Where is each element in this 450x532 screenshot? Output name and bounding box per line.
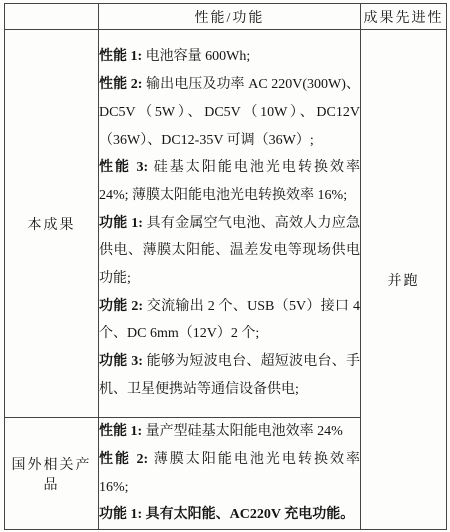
spec-item: 功能 1: 具有金属空气电池、高效人力应急供电、薄膜太阳能、温差发电等现场供电功… [99,210,360,293]
spec-item: 性能 2: 薄膜太阳能电池光电转换效率 16%; [99,446,360,501]
advancement-value: 并跑 [361,30,447,530]
spec-label: 性能 3: [99,160,148,175]
this-achievement-content: 性能 1: 电池容量 600Wh; 性能 2: 输出电压及功率 AC 220V(… [99,30,361,418]
spec-label: 功能 2: [99,299,143,314]
spec-text: 量产型硅基太阳能电池效率 24% [146,424,343,439]
spec-item: 功能 3: 能够为短波电台、超短波电台、手机、卫星便携站等通信设备供电; [99,348,360,403]
category-foreign-products: 国外相关产品 [5,418,99,530]
spec-label: 功能 3: [99,354,143,369]
spec-label: 功能 1: [99,507,142,522]
category-this-achievement: 本成果 [5,30,99,418]
header-advancement: 成果先进性 [361,4,447,30]
header-corner-cell [5,4,99,30]
spec-label: 性能 1: [99,424,142,439]
spec-item: 性能 3: 硅基太阳能电池光电转换效率 24%; 薄膜太阳能电池光电转换效率 1… [99,154,360,209]
spec-item: 性能 1: 电池容量 600Wh; [99,43,360,71]
spec-item: 功能 1: 具有太阳能、AC220V 充电功能。 [99,501,360,529]
document-page: 性能/功能 成果先进性 本成果 性能 1: 电池容量 600Wh; 性能 2: … [0,0,450,532]
foreign-products-content: 性能 1: 量产型硅基太阳能电池效率 24% 性能 2: 薄膜太阳能电池光电转换… [99,418,361,530]
spec-label: 性能 1: [99,49,142,64]
table-row-this-achievement: 本成果 性能 1: 电池容量 600Wh; 性能 2: 输出电压及功率 AC 2… [5,30,447,418]
spec-text: 具有太阳能、AC220V 充电功能。 [146,507,355,522]
header-performance-function: 性能/功能 [99,4,361,30]
spec-label: 功能 1: [99,216,143,231]
comparison-table: 性能/功能 成果先进性 本成果 性能 1: 电池容量 600Wh; 性能 2: … [4,3,447,530]
spec-text: 电池容量 600Wh; [146,49,251,64]
spec-label: 性能 2: [99,452,148,467]
table-header-row: 性能/功能 成果先进性 [5,4,447,30]
spec-item: 性能 2: 输出电压及功率 AC 220V(300W)、DC5V（5W）、DC5… [99,71,360,154]
spec-label: 性能 2: [99,77,142,92]
spec-item: 功能 2: 交流输出 2 个、USB（5V）接口 4 个、DC 6mm（12V）… [99,293,360,348]
spec-item: 性能 1: 量产型硅基太阳能电池效率 24% [99,418,360,446]
